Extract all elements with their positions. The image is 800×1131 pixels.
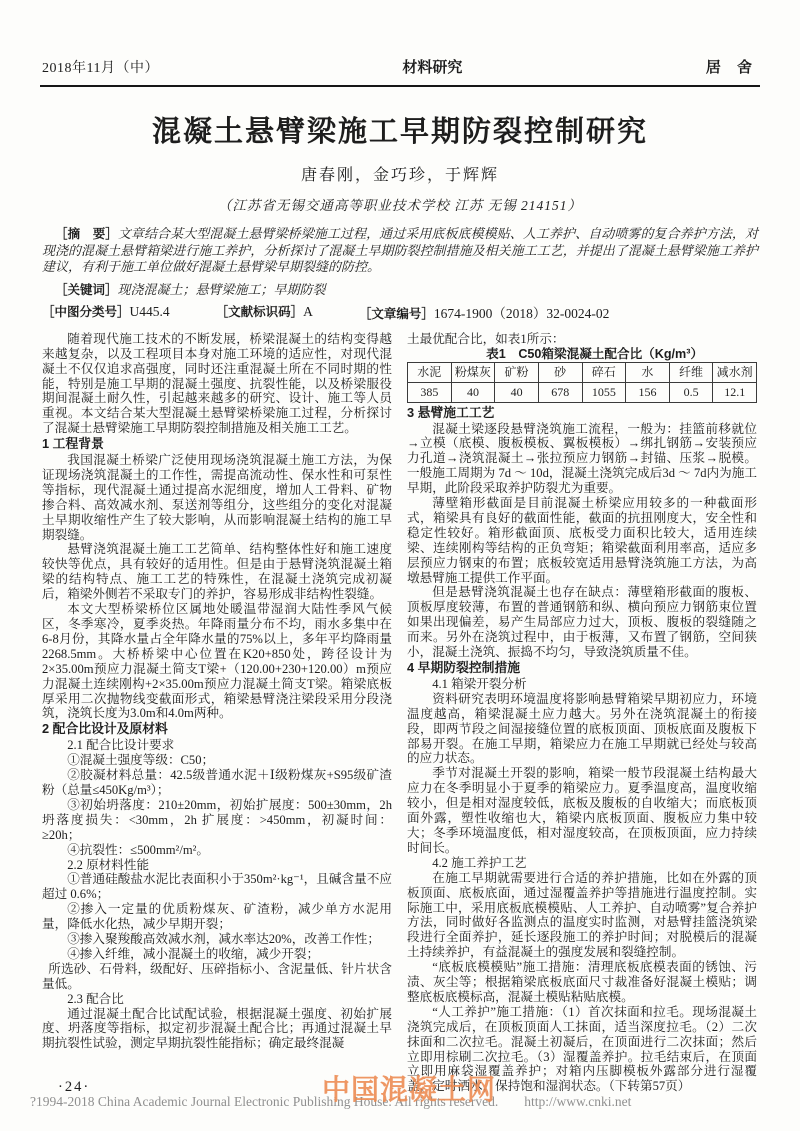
- paper-title: 混凝土悬臂梁施工早期防裂控制研究: [40, 109, 760, 150]
- keywords-text: 现浇混凝土；悬臂梁施工；早期防裂: [118, 282, 326, 297]
- abstract-text: 文章结合某大型混凝土悬臂梁桥梁施工过程，通过采用底板底模模贴、人工养护、自动喷雾…: [42, 226, 758, 274]
- paragraph: 通过混凝土配合比试配试验，根据混凝土强度、初始扩展度、坍落度等指标，拟定初步混凝…: [42, 1007, 392, 1052]
- table-header-cell: 减水剂: [713, 362, 757, 382]
- list-item: ③初始坍落度：210±20mm，初始扩展度：500±30mm，2h 坍落度损失：…: [42, 798, 392, 843]
- paragraph: 资料研究表明环境温度将影响悬臂箱梁早期初应力，环境温度越高，箱梁混凝土应力越大。…: [407, 692, 757, 767]
- paragraph: 薄壁箱形截面是目前混凝土桥梁应用较多的一种截面形式，箱梁具有良好的截面性能，截面…: [407, 496, 757, 585]
- paragraph: 在施工早期就需要进行合适的养护措施，比如在外露的顶板顶面、底板底面，通过湿覆盖养…: [407, 871, 757, 960]
- keywords-line: ［关键词］现浇混凝土；悬臂梁施工；早期防裂: [42, 279, 758, 298]
- table-cell: 385: [408, 382, 452, 402]
- paper-page: 2018年11月（中） 材料研究 居 舍 混凝土悬臂梁施工早期防裂控制研究 唐春…: [0, 0, 800, 1131]
- subsection-heading-2-2: 2.2 原材料性能: [42, 858, 392, 873]
- table-header-cell: 碎石: [582, 362, 626, 382]
- table-header-cell: 水泥: [408, 362, 452, 382]
- journal-header: 2018年11月（中） 材料研究 居 舍: [40, 0, 760, 87]
- table-header-cell: 水: [626, 362, 670, 382]
- list-item: ④抗裂性：≤500mm²/m²。: [42, 843, 392, 858]
- list-item: ④掺入纤维，减小混凝土的收缩，减少开裂；: [42, 947, 392, 962]
- paragraph: 季节对混凝土开裂的影响，箱梁一般节段混凝土结构最大应力在冬季明显小于夏季的箱梁应…: [407, 766, 757, 855]
- subsection-heading-2-1: 2.1 配合比设计要求: [42, 738, 392, 753]
- paragraph: 我国混凝土桥梁广泛使用现场浇筑混凝土施工方法，为保证现场浇筑混凝土的工作性，需提…: [42, 453, 392, 542]
- table-header-cell: 矿粉: [495, 362, 539, 382]
- table-header-cell: 砂: [538, 362, 582, 382]
- right-column: 土最优配合比，如表1所示： 表1 C50箱梁混凝土配合比（Kg/m³） 水泥 粉…: [407, 332, 757, 1107]
- left-column: 随着现代施工技术的不断发展，桥梁混凝土的结构变得越来越复杂，以及工程项目本身对施…: [42, 332, 392, 1107]
- list-item: ②胶凝材料总量：42.5级普通水泥＋Ⅰ级粉煤灰+S95级矿渣粉（总量≤450Kg…: [42, 768, 392, 798]
- list-item: ①混凝土强度等级：C50；: [42, 753, 392, 768]
- abstract-label: ［摘 要］: [55, 227, 118, 241]
- journal-issue-date: 2018年11月（中）: [42, 57, 159, 77]
- paragraph: 本文大型桥梁桥位区属地处暖温带湿润大陆性季风气候区，冬季寒冷，夏季炎热。年降雨量…: [42, 602, 392, 721]
- paragraph: 所选砂、石骨料，级配好、压碎指标小、含泥量低、针片状含量低。: [42, 962, 392, 992]
- section-heading-4: 4 早期防裂控制措施: [407, 661, 757, 676]
- section-heading-1: 1 工程背景: [42, 437, 392, 452]
- table-cell: 12.1: [713, 382, 757, 402]
- classification-line: ［中图分类号］U445.4 ［文献标识码］A ［文章编号］1674-1900（2…: [42, 302, 758, 322]
- paragraph: 随着现代施工技术的不断发展，桥梁混凝土的结构变得越来越复杂，以及工程项目本身对施…: [42, 332, 392, 436]
- clc-number: ［中图分类号］U445.4: [42, 302, 170, 322]
- table-cell: 0.5: [669, 382, 713, 402]
- table-cell: 1055: [582, 382, 626, 402]
- list-item: ③掺入聚羧酸高效减水剂，减水率达20%，改善工作性；: [42, 932, 392, 947]
- list-item: ①普通硅酸盐水泥比表面积小于350m²·kg⁻¹，且碱含量不应超过 0.6%；: [42, 872, 392, 902]
- abstract-block: ［摘 要］文章结合某大型混凝土悬臂梁桥梁施工过程，通过采用底板底模模贴、人工养护…: [42, 226, 758, 276]
- journal-section-title: 材料研究: [402, 56, 462, 77]
- table-caption: 表1 C50箱梁混凝土配合比（Kg/m³）: [407, 347, 757, 362]
- journal-name: 居 舍: [706, 56, 758, 77]
- section-heading-3: 3 悬臂施工工艺: [407, 406, 757, 421]
- paragraph: 土最优配合比，如表1所示：: [407, 332, 757, 347]
- section-heading-2: 2 配合比设计及原材料: [42, 722, 392, 737]
- paragraph: 混凝土梁逐段悬臂浇筑施工流程，一般为：挂篮前移就位→立模（底模、腹板模板、翼板模…: [407, 422, 757, 497]
- paragraph: 悬臂浇筑混凝土施工工艺简单、结构整体性好和施工速度较快等优点，具有较好的适用性。…: [42, 542, 392, 602]
- paragraph: “底板底模模贴”施工措施：清理底板底模表面的锈蚀、污渍、灰尘等；根据箱梁底板底面…: [407, 960, 757, 1005]
- article-id: ［文章编号］1674-1900（2018）32-0024-02: [359, 302, 610, 322]
- table-cell: 678: [538, 382, 582, 402]
- subsection-heading-2-3: 2.3 配合比: [42, 992, 392, 1007]
- article-body: 随着现代施工技术的不断发展，桥梁混凝土的结构变得越来越复杂，以及工程项目本身对施…: [42, 332, 758, 1107]
- watermark: 中国混凝土网: [322, 1068, 496, 1108]
- table-header-cell: 纤维: [669, 362, 713, 382]
- table-row: 385 40 40 678 1055 156 0.5 12.1: [408, 382, 757, 402]
- keywords-label: ［关键词］: [55, 283, 118, 297]
- subsection-heading-4-2: 4.2 施工养护工艺: [407, 856, 757, 871]
- paper-authors: 唐春刚，金巧珍，于辉辉: [0, 162, 800, 185]
- list-item: ②掺入一定量的优质粉煤灰、矿渣粉，减少单方水泥用量，降低水化热，减少早期开裂；: [42, 902, 392, 932]
- table-cell: 156: [626, 382, 670, 402]
- table-cell: 40: [495, 382, 539, 402]
- paper-affiliation: （江苏省无锡交通高等职业技术学校 江苏 无锡 214151）: [0, 194, 800, 214]
- paragraph: 但是悬臂浇筑混凝土也存在缺点：薄壁箱形截面的腹板、顶板厚度较薄，布置的普通钢筋和…: [407, 585, 757, 660]
- cnki-url: http://www.cnki.net: [524, 1094, 631, 1109]
- mix-proportion-table: 水泥 粉煤灰 矿粉 砂 碎石 水 纤维 减水剂 385 40 40 678: [407, 362, 757, 403]
- table-cell: 40: [451, 382, 495, 402]
- document-code: ［文献标识码］A: [216, 302, 313, 322]
- table-header-row: 水泥 粉煤灰 矿粉 砂 碎石 水 纤维 减水剂: [408, 362, 757, 382]
- table-header-cell: 粉煤灰: [451, 362, 495, 382]
- subsection-heading-4-1: 4.1 箱梁开裂分析: [407, 677, 757, 692]
